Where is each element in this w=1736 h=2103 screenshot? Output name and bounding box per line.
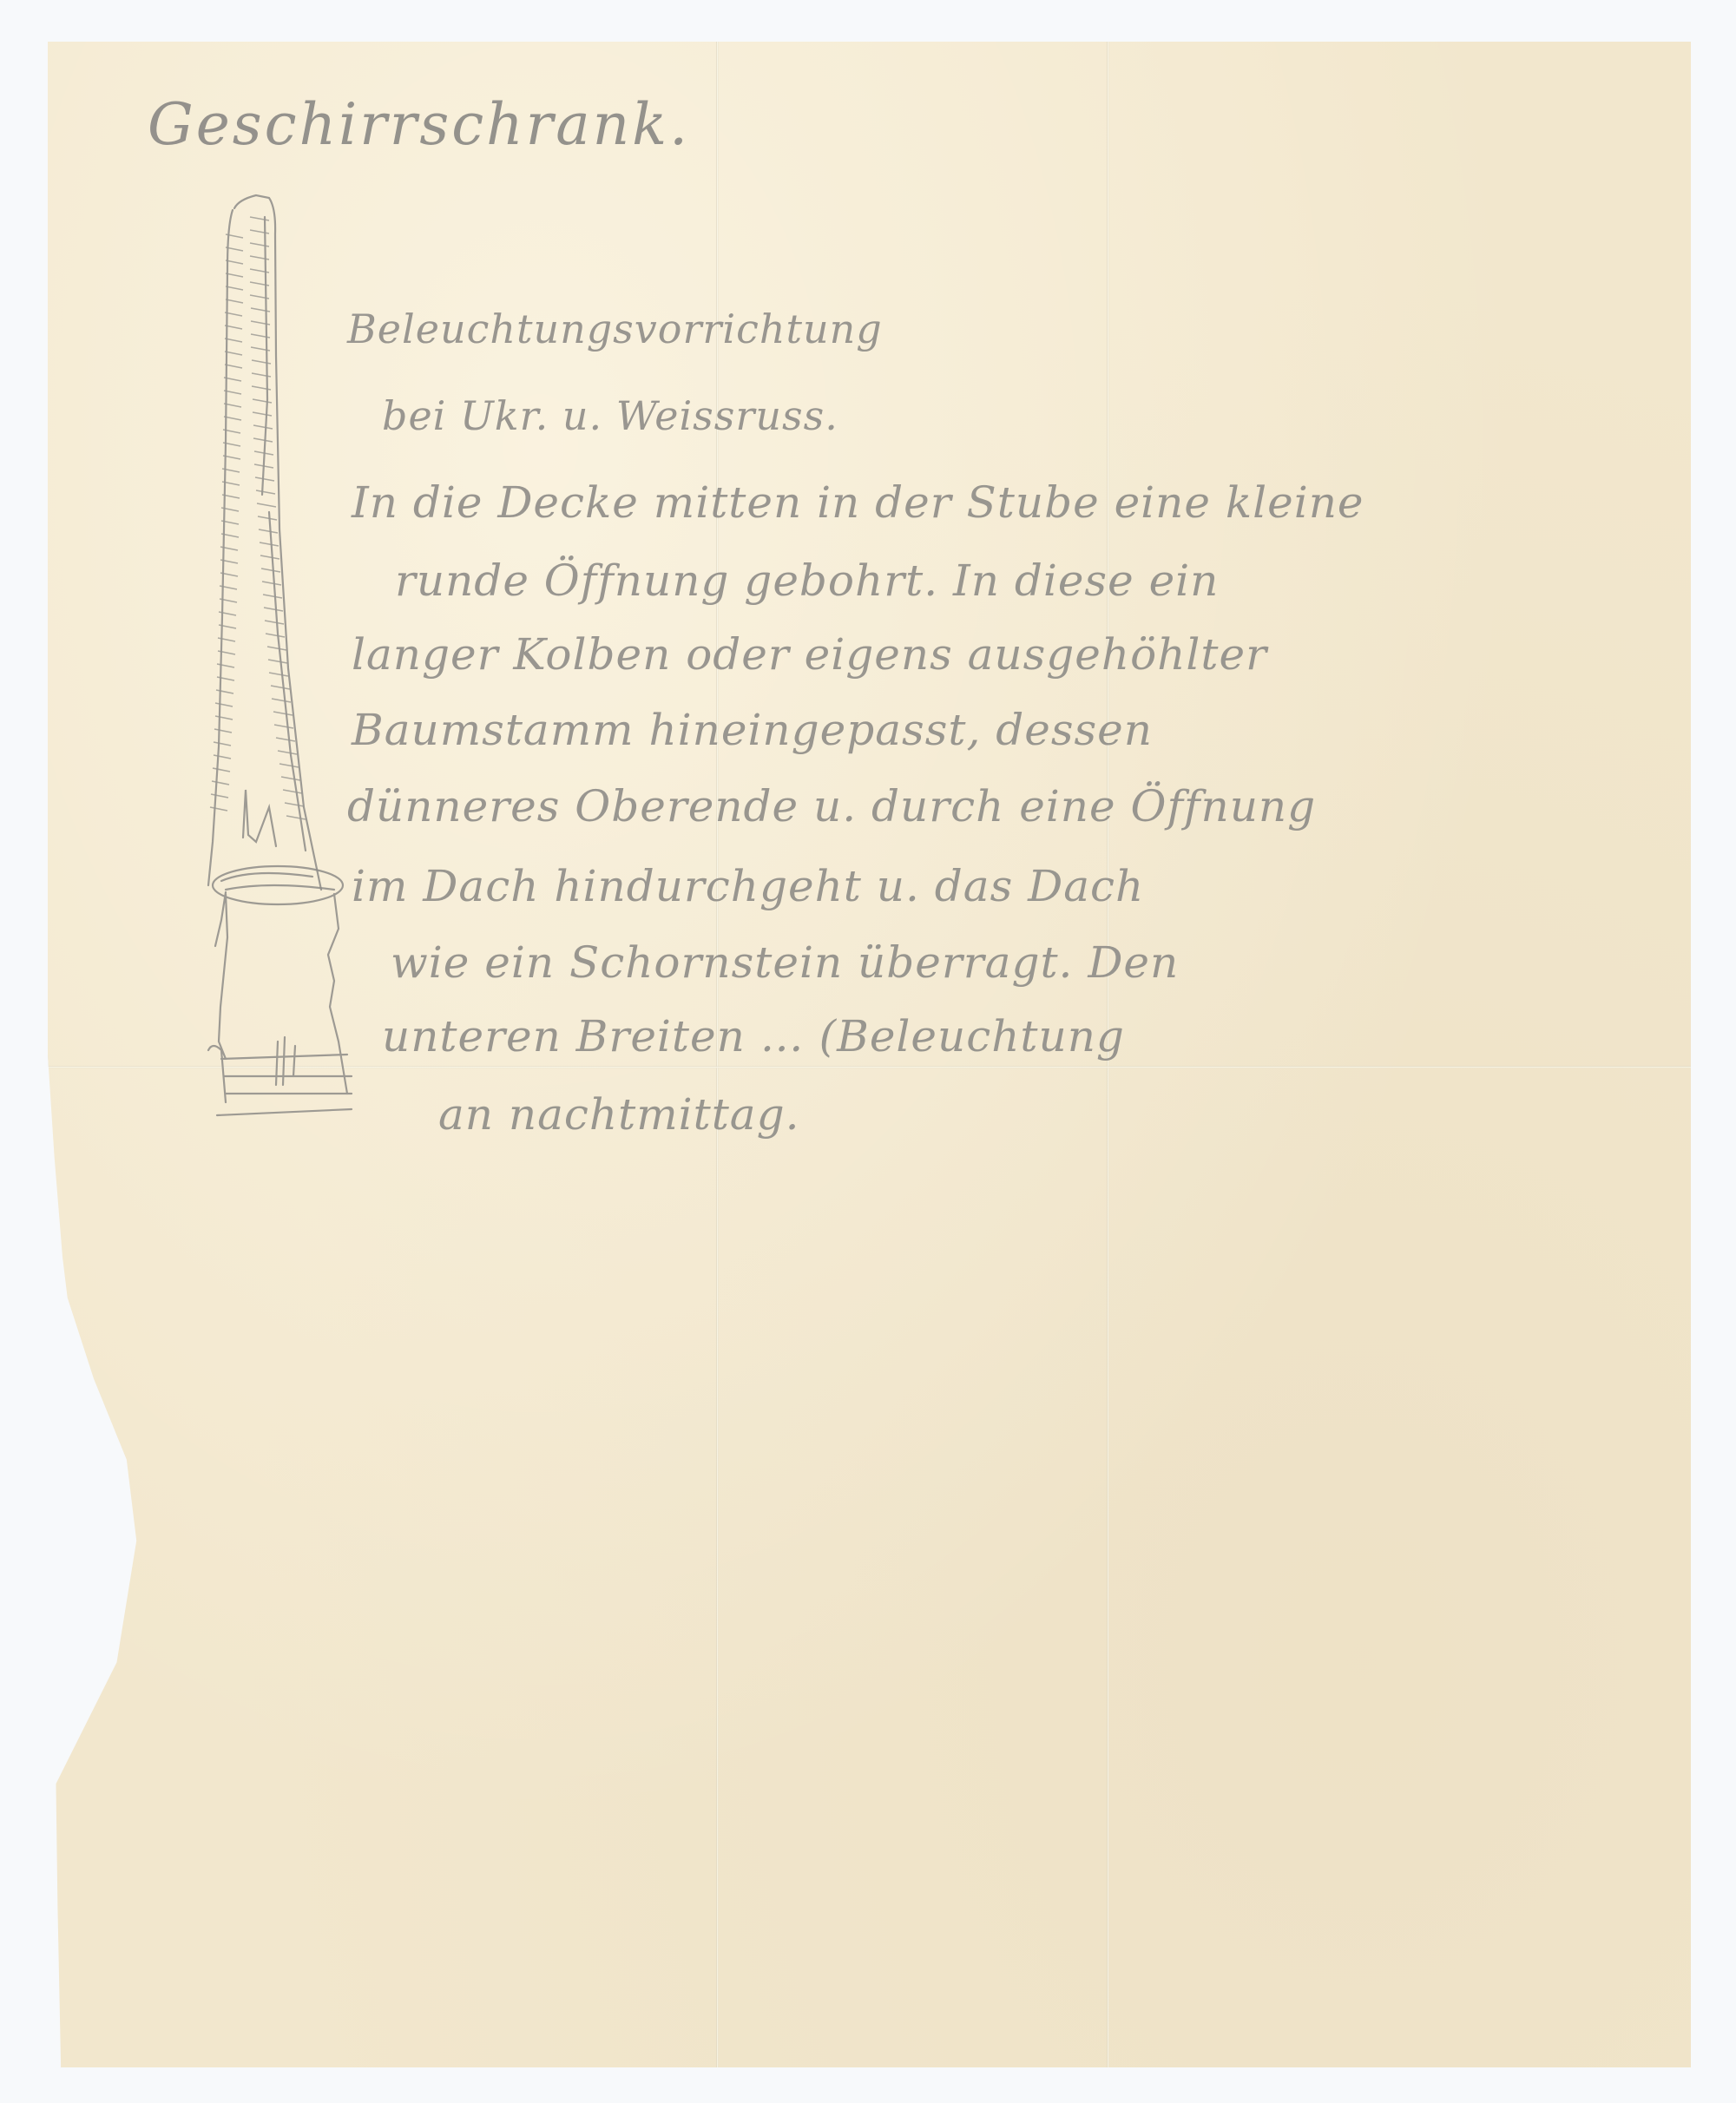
text-line: In die Decke mitten in der Stube eine kl… <box>352 477 1364 528</box>
text-line: an nachtmittag. <box>438 1089 800 1140</box>
text-line: langer Kolben oder eigens ausgehöhlter <box>352 629 1267 680</box>
chimney-lamp-sketch-icon <box>174 182 365 1120</box>
document-title: Geschirrschrank. <box>148 91 690 158</box>
section-subheading: bei Ukr. u. Weissruss. <box>382 392 838 439</box>
text-line: im Dach hindurchgeht u. das Dach <box>352 861 1144 911</box>
text-line: unteren Breiten … (Beleuchtung <box>382 1011 1125 1061</box>
text-line: dünneres Oberende u. durch eine Öffnung <box>347 781 1316 831</box>
text-line: runde Öffnung gebohrt. In diese ein <box>395 555 1219 606</box>
text-line: wie ein Schornstein überragt. Den <box>391 937 1179 988</box>
text-line: Baumstamm hineingepasst, dessen <box>352 705 1153 755</box>
section-heading: Beleuchtungsvorrichtung <box>347 306 883 352</box>
